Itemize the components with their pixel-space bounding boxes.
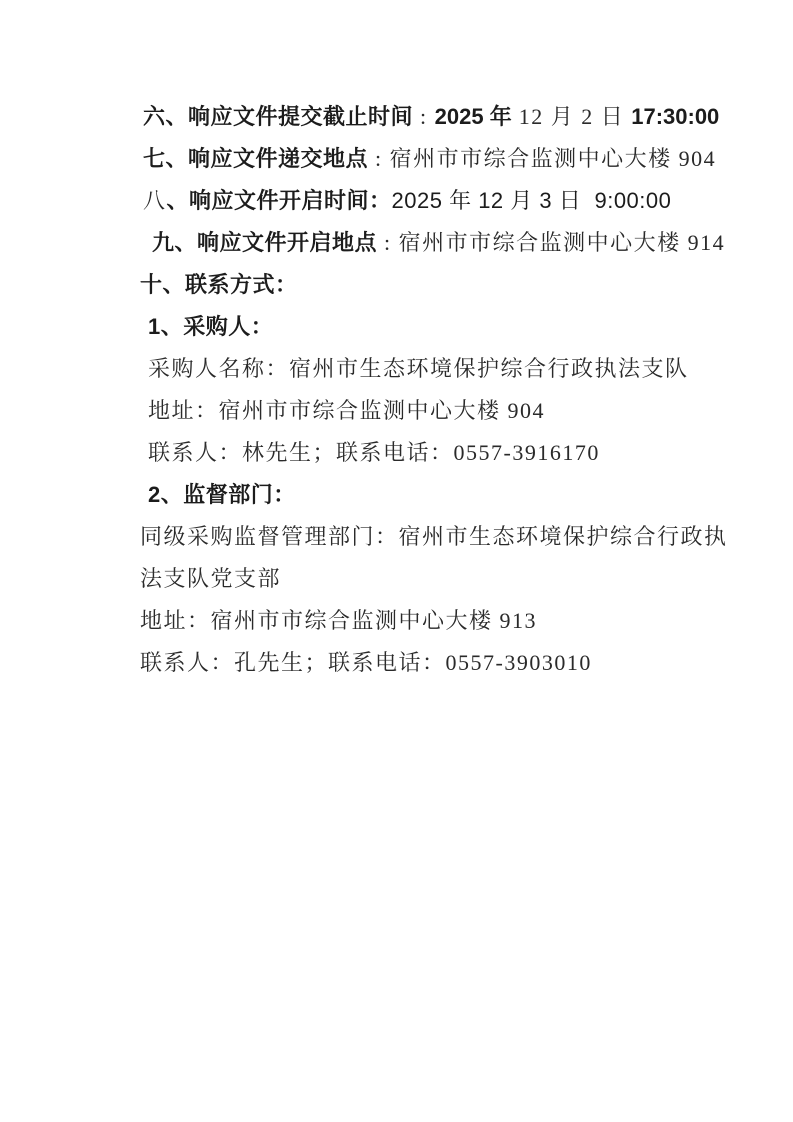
supervision-department-line-2: 法支队党支部 (140, 558, 700, 600)
document-page: 六、响应文件提交截止时间 : 2025 年 12 月 2 日 17:30:00七… (0, 0, 793, 1122)
item-6-submission-deadline: 六、响应文件提交截止时间 : 2025 年 12 月 2 日 17:30:00 (140, 96, 700, 138)
purchaser-heading: 1、采购人： (140, 306, 700, 348)
supervision-contact: 联系人：孔先生；联系电话：0557-3903010 (140, 642, 700, 684)
text-segment: 九、响应文件开启地点 (152, 230, 377, 255)
text-segment: 采购人名称：宿州市生态环境保护综合行政执法支队 (148, 356, 689, 381)
text-segment: 同级采购监督管理部门：宿州市生态环境保护综合行政执 (140, 524, 728, 549)
text-segment: 宿州市市综合监测中心大楼 914 (399, 230, 726, 255)
item-8-opening-time: 八、响应文件开启时间：2025 年 12 月 3 日 9:00:00 (140, 180, 700, 222)
supervision-department-line-1: 同级采购监督管理部门：宿州市生态环境保护综合行政执 (140, 516, 700, 558)
text-segment: : (413, 104, 435, 129)
text-segment: 联系人：林先生；联系电话：0557-3916170 (148, 440, 600, 465)
text-segment: 宿州市市综合监测中心大楼 904 (390, 146, 717, 171)
supervision-address: 地址：宿州市市综合监测中心大楼 913 (140, 600, 700, 642)
text-segment: 2025 年 (435, 104, 512, 129)
purchaser-name: 采购人名称：宿州市生态环境保护综合行政执法支队 (140, 348, 700, 390)
item-9-opening-location: 九、响应文件开启地点 : 宿州市市综合监测中心大楼 914 (140, 222, 700, 264)
text-segment: : (377, 230, 399, 255)
supervision-heading: 2、监督部门： (140, 474, 700, 516)
item-10-contact-heading: 十、联系方式： (140, 264, 700, 306)
text-segment: 地址：宿州市市综合监测中心大楼 913 (140, 608, 537, 633)
text-segment: 八 (143, 188, 167, 213)
text-segment: 法支队党支部 (140, 566, 281, 591)
item-7-delivery-location: 七、响应文件递交地点 : 宿州市市综合监测中心大楼 904 (140, 138, 700, 180)
text-segment: 12 月 2 日 (512, 104, 632, 129)
text-segment: 2、监督部门： (148, 482, 296, 507)
text-segment: 十、联系方式： (140, 272, 298, 297)
document-content: 六、响应文件提交截止时间 : 2025 年 12 月 2 日 17:30:00七… (140, 96, 700, 684)
text-segment: 联系人：孔先生；联系电话：0557-3903010 (140, 650, 592, 675)
text-segment: 1、采购人： (148, 314, 273, 339)
text-segment: : (368, 146, 390, 171)
purchaser-contact: 联系人：林先生；联系电话：0557-3916170 (140, 432, 700, 474)
text-segment: 地址：宿州市市综合监测中心大楼 904 (148, 398, 545, 423)
purchaser-address: 地址：宿州市市综合监测中心大楼 904 (140, 390, 700, 432)
text-segment: 17:30:00 (631, 104, 719, 129)
text-segment: 七、响应文件递交地点 (143, 146, 368, 171)
text-segment: 六、响应文件提交截止时间 (143, 104, 413, 129)
text-segment: 2025 年 12 月 3 日 9:00:00 (392, 188, 672, 213)
text-segment: 、响应文件开启时间： (167, 188, 392, 213)
